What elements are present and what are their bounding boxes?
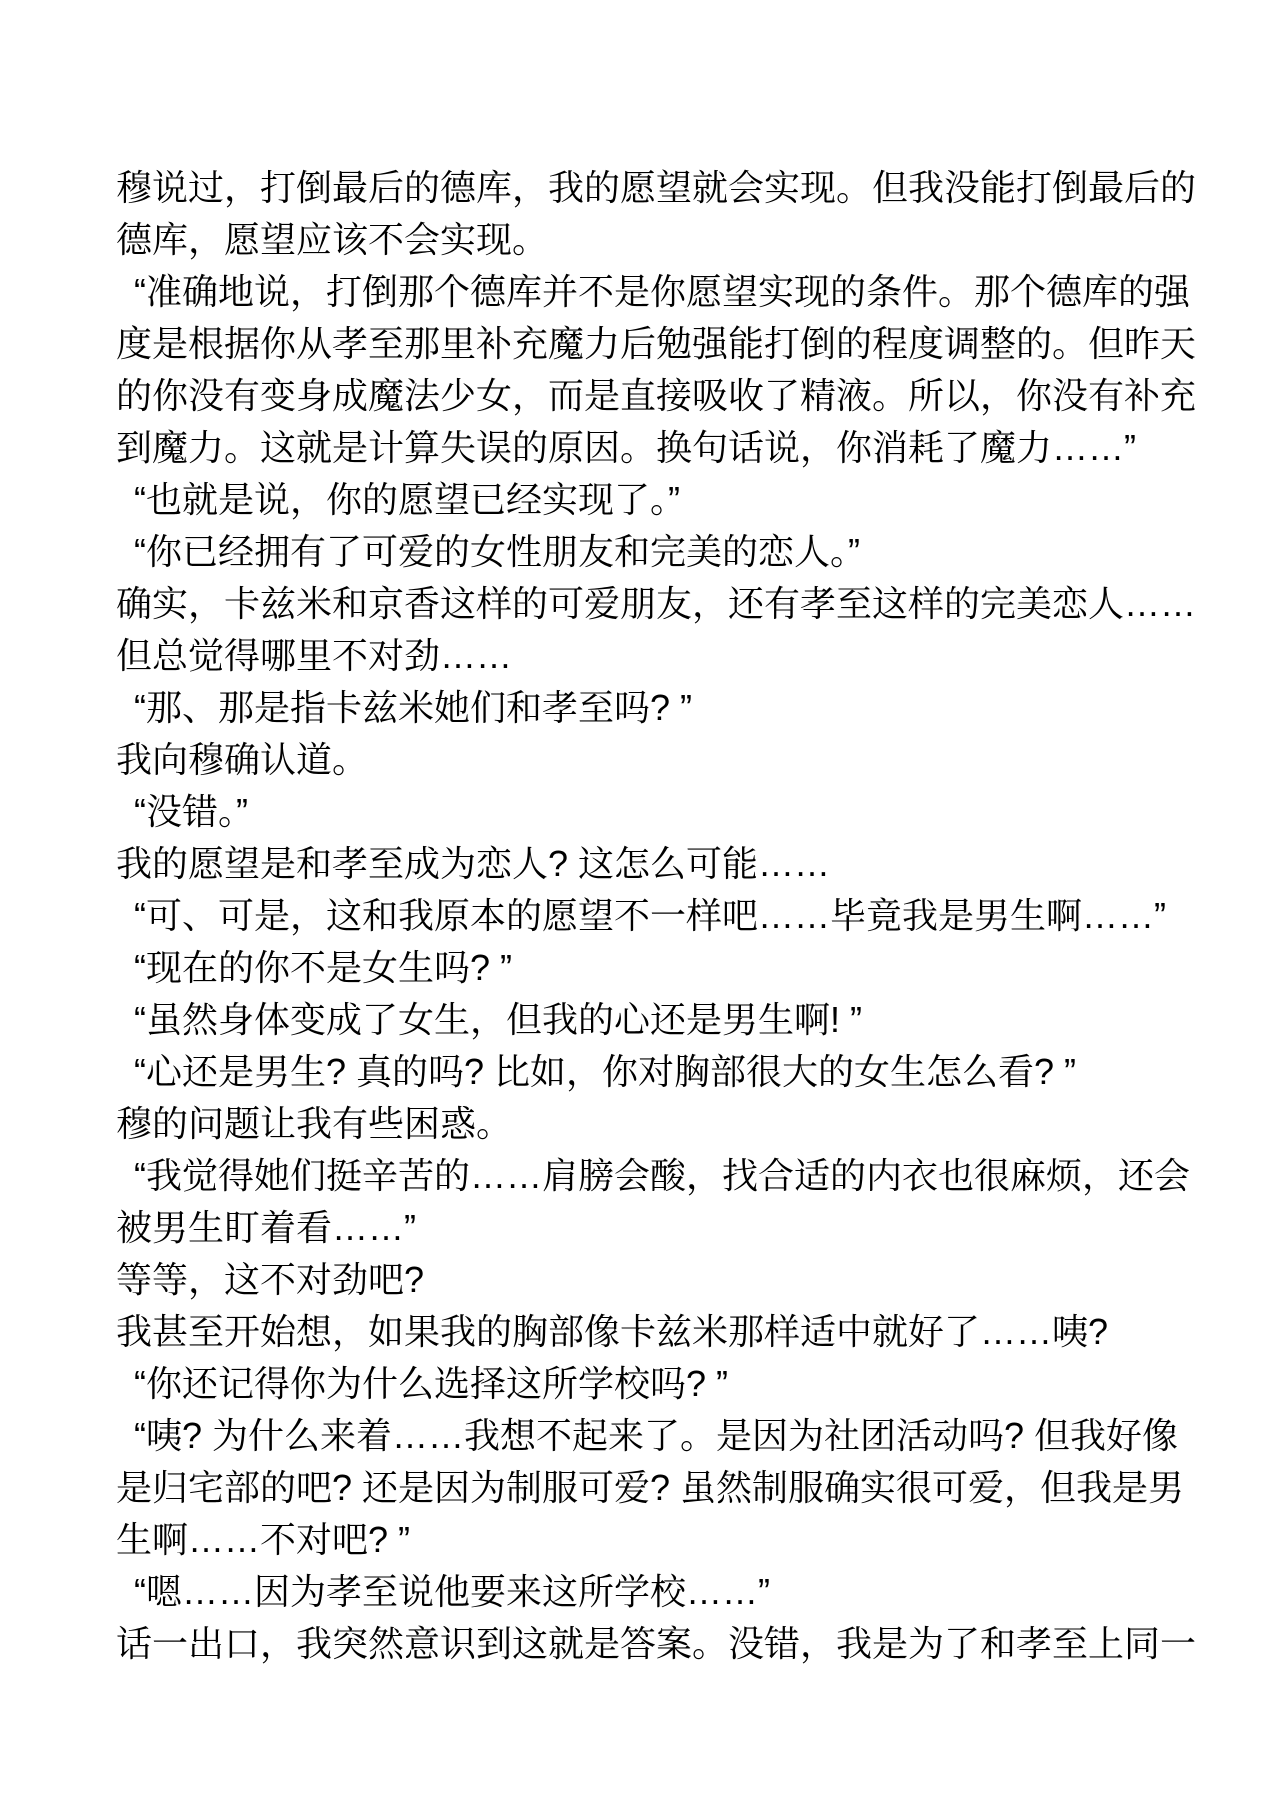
text-line: “可、可是，这和我原本的愿望不一样吧……毕竟我是男生啊……”	[116, 890, 1188, 942]
text-line: 我向穆确认道。	[116, 734, 1188, 786]
text-line: 穆的问题让我有些困惑。	[116, 1098, 1188, 1150]
text-line: 生啊……不对吧? ”	[116, 1514, 1188, 1566]
text-line: 被男生盯着看……”	[116, 1202, 1188, 1254]
text-line: “也就是说，你的愿望已经实现了。”	[116, 474, 1188, 526]
text-line: “心还是男生? 真的吗? 比如，你对胸部很大的女生怎么看? ”	[116, 1046, 1188, 1098]
page-text: 穆说过，打倒最后的德库，我的愿望就会实现。但我没能打倒最后的德库，愿望应该不会实…	[116, 162, 1188, 1670]
text-line: 到魔力。这就是计算失误的原因。换句话说，你消耗了魔力……”	[116, 422, 1188, 474]
text-line: “那、那是指卡兹米她们和孝至吗? ”	[116, 682, 1188, 734]
text-line: 我甚至开始想，如果我的胸部像卡兹米那样适中就好了……咦?	[116, 1306, 1188, 1358]
text-line: 德库，愿望应该不会实现。	[116, 214, 1188, 266]
text-line: 的你没有变身成魔法少女，而是直接吸收了精液。所以，你没有补充	[116, 370, 1188, 422]
text-line: “没错。”	[116, 786, 1188, 838]
text-line: “现在的你不是女生吗? ”	[116, 942, 1188, 994]
text-line: “嗯……因为孝至说他要来这所学校……”	[116, 1566, 1188, 1618]
text-line: “准确地说，打倒那个德库并不是你愿望实现的条件。那个德库的强	[116, 266, 1188, 318]
text-line: 但总觉得哪里不对劲……	[116, 630, 1188, 682]
text-line: “你还记得你为什么选择这所学校吗? ”	[116, 1358, 1188, 1410]
text-line: 是归宅部的吧? 还是因为制服可爱? 虽然制服确实很可爱，但我是男	[116, 1462, 1188, 1514]
novel-page: 穆说过，打倒最后的德库，我的愿望就会实现。但我没能打倒最后的德库，愿望应该不会实…	[0, 0, 1280, 1810]
text-line: “我觉得她们挺辛苦的……肩膀会酸，找合适的内衣也很麻烦，还会	[116, 1150, 1188, 1202]
text-line: 我的愿望是和孝至成为恋人? 这怎么可能……	[116, 838, 1188, 890]
text-line: 话一出口，我突然意识到这就是答案。没错，我是为了和孝至上同一	[116, 1618, 1188, 1670]
text-line: “虽然身体变成了女生，但我的心还是男生啊! ”	[116, 994, 1188, 1046]
text-line: 等等，这不对劲吧?	[116, 1254, 1188, 1306]
text-line: “咦? 为什么来着……我想不起来了。是因为社团活动吗? 但我好像	[116, 1410, 1188, 1462]
text-line: “你已经拥有了可爱的女性朋友和完美的恋人。”	[116, 526, 1188, 578]
text-line: 度是根据你从孝至那里补充魔力后勉强能打倒的程度调整的。但昨天	[116, 318, 1188, 370]
text-line: 穆说过，打倒最后的德库，我的愿望就会实现。但我没能打倒最后的	[116, 162, 1188, 214]
text-line: 确实，卡兹米和京香这样的可爱朋友，还有孝至这样的完美恋人……	[116, 578, 1188, 630]
